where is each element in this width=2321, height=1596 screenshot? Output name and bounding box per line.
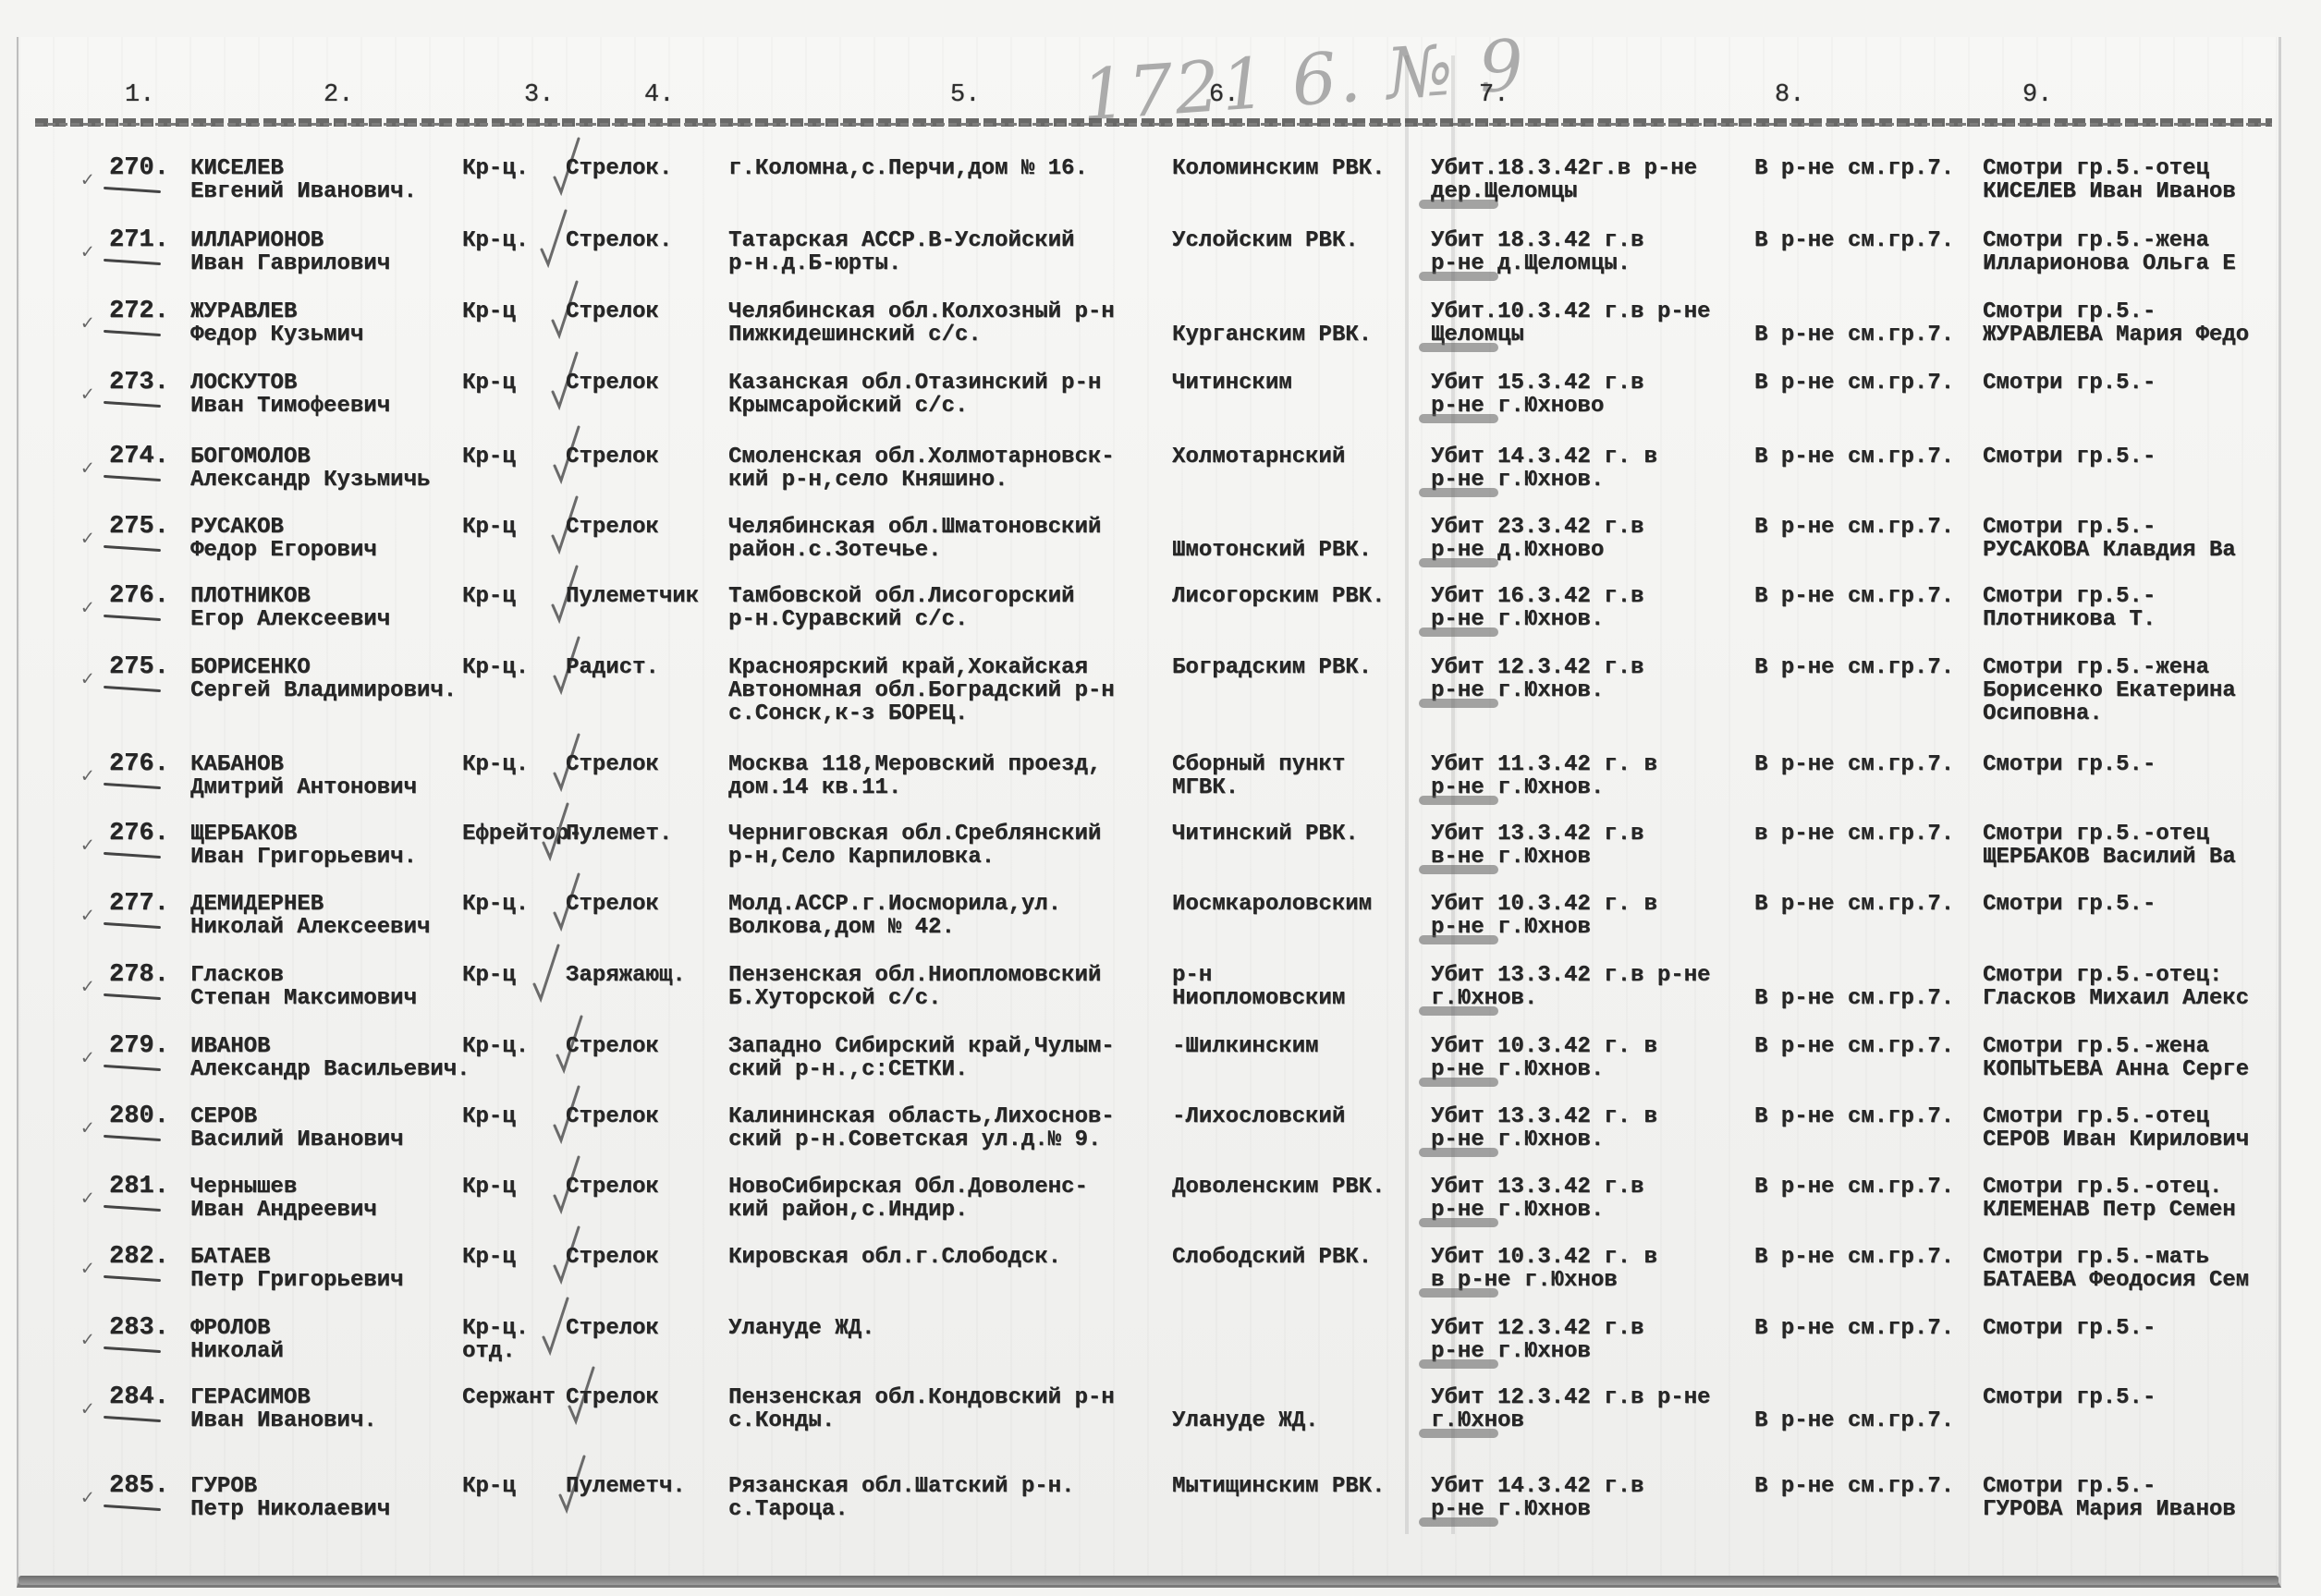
position: Стрелок [566, 445, 659, 469]
full-name: ИВАНОВ Александр Васильевич. [190, 1035, 470, 1081]
full-name: ФРОЛОВ Николай [190, 1317, 284, 1363]
draft-office: -Лихословский [1172, 1105, 1345, 1128]
home-address: Рязанская обл.Шатский р-н. с.Тароца. [728, 1475, 1074, 1521]
underline-mark [104, 615, 161, 621]
draft-office: Доволенским РВК. [1172, 1176, 1385, 1199]
position: Стрелок. [566, 157, 672, 180]
table-row: ✓ 276. КАБАНОВ Дмитрий Антонович Кр-ц. С… [0, 753, 2321, 822]
rank: Кр-ц. [462, 229, 529, 252]
position: Стрелок [566, 1246, 659, 1269]
burial-place: В р-не см.гр.7. [1754, 656, 1954, 679]
burial-place: В р-не см.гр.7. [1754, 157, 1954, 180]
death-record: Убит 11.3.42 г. в р-не г.Юхнов. [1431, 753, 1657, 799]
next-of-kin: Смотри гр.5.- [1983, 445, 2156, 469]
full-name: ЛОСКУТОВ Иван Тимофеевич [190, 372, 390, 418]
record-number: 276. [109, 753, 169, 776]
death-record: Убит 14.3.42 г.в р-не г.Юхнов [1431, 1475, 1643, 1521]
underline-mark [104, 545, 161, 552]
table-row: ✓ 280. СЕРОВ Василий Иванович Кр-ц Стрел… [0, 1105, 2321, 1174]
underline-mark [104, 1205, 161, 1212]
home-address: НовоСибирская Обл.Доволенс- кий район,с.… [728, 1176, 1088, 1222]
position: Стрелок [566, 1386, 659, 1409]
position: Радист. [566, 656, 659, 679]
death-record: Убит 18.3.42 г.в р-не д.Щеломцы. [1431, 229, 1643, 275]
rank: Кр-ц. [462, 1035, 529, 1058]
rank: Кр-ц [462, 1105, 516, 1128]
pencil-checkmark-icon [540, 209, 568, 268]
underline-mark [104, 475, 161, 481]
full-name: БАТАЕВ Петр Григорьевич [190, 1246, 403, 1292]
full-name: ЩЕРБАКОВ Иван Григорьевич. [190, 822, 417, 869]
pencil-underline [1419, 1006, 1498, 1016]
death-record: Убит 10.3.42 г. в в р-не г.Юхнов [1431, 1246, 1657, 1292]
checkmark-margin-icon: ✓ [81, 1116, 93, 1140]
pencil-underline [1419, 865, 1498, 874]
death-record: Убит.10.3.42 г.в р-не Щеломцы [1431, 300, 1710, 347]
home-address: Калининская область,Лихоснов- ский р-н.С… [728, 1105, 1115, 1151]
next-of-kin: Смотри гр.5.-мать БАТАЕВА Феодосия Сем [1983, 1246, 2249, 1292]
table-row: ✓ 281. Чернышев Иван Андреевич Кр-ц Стре… [0, 1176, 2321, 1244]
draft-office: Читинский РВК. [1172, 822, 1359, 846]
checkmark-margin-icon: ✓ [81, 1486, 93, 1510]
draft-office: Читинским [1172, 372, 1292, 395]
pencil-underline [1419, 200, 1498, 209]
burial-place: В р-не см.гр.7. [1754, 1386, 1954, 1432]
next-of-kin: Смотри гр.5.- [1983, 1386, 2156, 1409]
checkmark-margin-icon: ✓ [81, 383, 93, 407]
pencil-checkmark-icon [532, 944, 560, 1003]
burial-place: В р-не см.гр.7. [1754, 300, 1954, 347]
rank: Кр-ц [462, 585, 516, 608]
next-of-kin: Смотри гр.5.-отец КИСЕЛЕВ Иван Иванов [1983, 157, 2236, 203]
table-row: ✓ 278. Гласков Степан Максимович Кр-ц За… [0, 964, 2321, 1032]
record-number: 273. [109, 372, 169, 395]
full-name: РУСАКОВ Федор Егорович [190, 516, 377, 562]
death-record: Убит 13.3.42 г. в р-не г.Юхнов. [1431, 1105, 1657, 1151]
death-record: Убит 13.3.42 г.в р-не г.Юхнов. [1431, 964, 1710, 1010]
record-number: 275. [109, 656, 169, 679]
burial-place: В р-не см.гр.7. [1754, 753, 1954, 776]
pencil-underline [1419, 1078, 1498, 1087]
rank: Кр-ц [462, 1475, 516, 1498]
next-of-kin: Смотри гр.5.-отец. КЛЕМЕНАВ Петр Семен [1983, 1176, 2236, 1222]
full-name: ГУРОВ Петр Николаевич [190, 1475, 390, 1521]
home-address: Пензенская обл.Ниопломовский Б.Хуторской… [728, 964, 1101, 1010]
checkmark-margin-icon: ✓ [81, 168, 93, 192]
full-name: БОГОМОЛОВ Александр Кузьмичь [190, 445, 430, 492]
draft-office: Услойским РВК. [1172, 229, 1359, 252]
underline-mark [104, 259, 161, 265]
pencil-underline [1419, 1288, 1498, 1298]
checkmark-margin-icon: ✓ [81, 834, 93, 858]
position: Стрелок [566, 516, 659, 539]
burial-place: В р-не см.гр.7. [1754, 964, 1954, 1010]
home-address: Западно Сибирский край,Чулым- ский р-н.,… [728, 1035, 1115, 1081]
burial-place: В р-не см.гр.7. [1754, 1105, 1954, 1128]
checkmark-margin-icon: ✓ [81, 457, 93, 481]
draft-office: -Шилкинским [1172, 1035, 1318, 1058]
next-of-kin: Смотри гр.5.-отец: Гласков Михаил Алекс [1983, 964, 2249, 1010]
rank: Кр-ц [462, 964, 516, 987]
death-record: Убит 12.3.42 г.в р-не г.Юхнов [1431, 1317, 1643, 1363]
death-record: Убит 13.3.42 г.в в-не г.Юхнов [1431, 822, 1643, 869]
underline-mark [104, 330, 161, 336]
full-name: КИСЕЛЕВ Евгений Иванович. [190, 157, 417, 203]
position: Стрелок [566, 893, 659, 916]
burial-place: В р-не см.гр.7. [1754, 1176, 1954, 1199]
record-number: 278. [109, 964, 169, 987]
burial-place: В р-не см.гр.7. [1754, 585, 1954, 608]
home-address: Тамбовской обл.Лисогорский р-н.Суравский… [728, 585, 1074, 631]
record-number: 282. [109, 1246, 169, 1269]
table-row: ✓ 277. ДЕМИДЕРНЕВ Николай Алексеевич Кр-… [0, 893, 2321, 961]
record-number: 276. [109, 585, 169, 608]
full-name: ГЕРАСИМОВ Иван Иванович. [190, 1386, 377, 1432]
home-address: Пензенская обл.Кондовский р-н с.Конды. [728, 1386, 1115, 1432]
next-of-kin: Смотри гр.5.-жена Илларионова Ольга Е [1983, 229, 2236, 275]
home-address: Улануде ЖД. [728, 1317, 874, 1340]
checkmark-margin-icon: ✓ [81, 1046, 93, 1070]
underline-mark [104, 1135, 161, 1141]
draft-office: Лисогорским РВК. [1172, 585, 1385, 608]
checkmark-margin-icon: ✓ [81, 527, 93, 551]
checkmark-margin-icon: ✓ [81, 904, 93, 928]
death-record: Убит 13.3.42 г.в р-не г.Юхнов. [1431, 1176, 1643, 1222]
home-address: Челябинская обл.Колхозный р-н Пижкидешин… [728, 300, 1115, 347]
full-name: Чернышев Иван Андреевич [190, 1176, 377, 1222]
death-record: Убит 23.3.42 г.в р-не д.Юхново [1431, 516, 1643, 562]
underline-mark [104, 1346, 161, 1353]
underline-mark [104, 401, 161, 408]
underline-mark [104, 686, 161, 692]
position: Стрелок [566, 1105, 659, 1128]
pencil-underline [1419, 1218, 1498, 1227]
table-row: ✓ 283. ФРОЛОВ Николай Кр-ц. отд. Стрелок… [0, 1317, 2321, 1385]
death-record: Убит 10.3.42 г. в р-не г.Юхнов. [1431, 1035, 1657, 1081]
rank: Кр-ц [462, 300, 516, 323]
home-address: Смоленская обл.Холмотарновск- кий р-н,се… [728, 445, 1115, 492]
next-of-kin: Смотри гр.5.- [1983, 1317, 2156, 1340]
position: Стрелок [566, 372, 659, 395]
full-name: ИЛЛАРИОНОВ Иван Гаврилович [190, 229, 390, 275]
checkmark-margin-icon: ✓ [81, 975, 93, 999]
pencil-underline [1419, 627, 1498, 637]
next-of-kin: Смотри гр.5.-отец ЩЕРБАКОВ Василий Ва [1983, 822, 2236, 869]
death-record: Убит 10.3.42 г. в р-не г.Юхнов [1431, 893, 1657, 939]
draft-office: Коломинским РВК. [1172, 157, 1385, 180]
checkmark-margin-icon: ✓ [81, 596, 93, 620]
underline-mark [104, 993, 161, 1000]
pencil-underline [1419, 1148, 1498, 1157]
underline-mark [104, 187, 161, 193]
burial-place: В р-не см.гр.7. [1754, 229, 1954, 252]
rank: Кр-ц [462, 445, 516, 469]
rank: Кр-ц. [462, 656, 529, 679]
rank: Кр-ц [462, 516, 516, 539]
pencil-underline [1419, 935, 1498, 944]
checkmark-margin-icon: ✓ [81, 667, 93, 691]
home-address: Челябинская обл.Шматоновский район.с.Зот… [728, 516, 1101, 562]
pencil-underline [1419, 1359, 1498, 1369]
death-record: Убит.18.3.42г.в р-не дер.Щеломцы [1431, 157, 1697, 203]
record-number: 279. [109, 1035, 169, 1058]
burial-place: в р-не см.гр.7. [1754, 822, 1954, 846]
death-record: Убит 12.3.42 г.в р-не г.Юхнов [1431, 1386, 1710, 1432]
position: Стрелок. [566, 229, 672, 252]
table-row: ✓ 274. БОГОМОЛОВ Александр Кузьмичь Кр-ц… [0, 445, 2321, 514]
position: Заряжающ. [566, 964, 686, 987]
table-row: ✓ 275. БОРИСЕНКО Сергей Владимирович. Кр… [0, 656, 2321, 725]
table-row: ✓ 276. ПЛОТНИКОВ Егор Алексеевич Кр-ц Пу… [0, 585, 2321, 653]
draft-office: Мытищинским РВК. [1172, 1475, 1385, 1498]
record-number: 274. [109, 445, 169, 469]
rank: Кр-ц. [462, 893, 529, 916]
death-record: Убит 16.3.42 г.в р-не г.Юхнов. [1431, 585, 1643, 631]
table-row: ✓ 285. ГУРОВ Петр Николаевич Кр-ц Пулеме… [0, 1475, 2321, 1543]
record-number: 275. [109, 516, 169, 539]
death-record: Убит 14.3.42 г. в р-не г.Юхнов. [1431, 445, 1657, 492]
record-number: 283. [109, 1317, 169, 1340]
burial-place: В р-не см.гр.7. [1754, 893, 1954, 916]
next-of-kin: Смотри гр.5.- Плотникова Т. [1983, 585, 2156, 631]
full-name: СЕРОВ Василий Иванович [190, 1105, 403, 1151]
rank: Кр-ц. отд. [462, 1317, 529, 1363]
record-number: 281. [109, 1176, 169, 1199]
table-row: ✓ 282. БАТАЕВ Петр Григорьевич Кр-ц Стре… [0, 1246, 2321, 1314]
record-number: 277. [109, 893, 169, 916]
burial-place: В р-не см.гр.7. [1754, 445, 1954, 469]
home-address: Молд.АССР.г.Иосморила,ул. Волкова,дом № … [728, 893, 1061, 939]
records-table: ✓ 270. КИСЕЛЕВ Евгений Иванович. Кр-ц. С… [0, 0, 2321, 1596]
checkmark-margin-icon: ✓ [81, 1328, 93, 1352]
home-address: Казанская обл.Отазинский р-н Крымсаройск… [728, 372, 1101, 418]
pencil-underline [1419, 796, 1498, 805]
pencil-underline [1419, 488, 1498, 497]
burial-place: В р-не см.гр.7. [1754, 516, 1954, 539]
full-name: Гласков Степан Максимович [190, 964, 417, 1010]
draft-office: Шмотонский РВК. [1172, 516, 1372, 562]
position: Пулеметчик [566, 585, 699, 608]
next-of-kin: Смотри гр.5.- [1983, 372, 2156, 395]
full-name: ПЛОТНИКОВ Егор Алексеевич [190, 585, 390, 631]
burial-place: В р-не см.гр.7. [1754, 1035, 1954, 1058]
torn-bottom-edge [18, 1576, 2278, 1585]
draft-office: Холмотарнский [1172, 445, 1345, 469]
checkmark-margin-icon: ✓ [81, 764, 93, 788]
draft-office: Улануде ЖД. [1172, 1386, 1318, 1432]
rank: Кр-ц. [462, 753, 529, 776]
table-row: ✓ 272. ЖУРАВЛЕВ Федор Кузьмич Кр-ц Стрел… [0, 300, 2321, 369]
home-address: Красноярский край,Хокайская Автономная о… [728, 656, 1115, 725]
pencil-underline [1419, 1429, 1498, 1438]
rank: Кр-ц [462, 1176, 516, 1199]
checkmark-margin-icon: ✓ [81, 1187, 93, 1211]
table-row: ✓ 275. РУСАКОВ Федор Егорович Кр-ц Стрел… [0, 516, 2321, 584]
pencil-underline [1419, 343, 1498, 352]
table-row: ✓ 273. ЛОСКУТОВ Иван Тимофеевич Кр-ц Стр… [0, 372, 2321, 440]
record-number: 271. [109, 229, 169, 252]
full-name: ЖУРАВЛЕВ Федор Кузьмич [190, 300, 363, 347]
burial-place: В р-не см.гр.7. [1754, 1246, 1954, 1269]
next-of-kin: Смотри гр.5.-жена Борисенко Екатерина Ос… [1983, 656, 2236, 725]
death-record: Убит 15.3.42 г.в р-не г.Юхново [1431, 372, 1643, 418]
table-row: ✓ 284. ГЕРАСИМОВ Иван Иванович. Сержант … [0, 1386, 2321, 1455]
burial-place: В р-не см.гр.7. [1754, 1475, 1954, 1498]
full-name: КАБАНОВ Дмитрий Антонович [190, 753, 417, 799]
home-address: Черниговская обл.Среблянский р-н,Село Ка… [728, 822, 1101, 869]
position: Стрелок [566, 753, 659, 776]
underline-mark [104, 1416, 161, 1422]
table-row: ✓ 270. КИСЕЛЕВ Евгений Иванович. Кр-ц. С… [0, 157, 2321, 225]
next-of-kin: Смотри гр.5.- [1983, 893, 2156, 916]
record-number: 280. [109, 1105, 169, 1128]
position: Стрелок [566, 1035, 659, 1058]
record-number: 276. [109, 822, 169, 846]
underline-mark [104, 1505, 161, 1511]
pencil-underline [1419, 414, 1498, 423]
position: Стрелок [566, 1317, 659, 1340]
record-number: 270. [109, 157, 169, 180]
position: Стрелок [566, 1176, 659, 1199]
position: Пулемет. [566, 822, 672, 846]
draft-office: Курганским РВК. [1172, 300, 1372, 347]
pencil-underline [1419, 699, 1498, 708]
burial-place: В р-не см.гр.7. [1754, 372, 1954, 395]
death-record: Убит 12.3.42 г.в р-не г.Юхнов. [1431, 656, 1643, 702]
next-of-kin: Смотри гр.5.-жена КОПЫТЬЕВА Анна Серге [1983, 1035, 2249, 1081]
rank: Кр-ц [462, 1246, 516, 1269]
full-name: ДЕМИДЕРНЕВ Николай Алексеевич [190, 893, 430, 939]
position: Пулеметч. [566, 1475, 686, 1498]
home-address: г.Коломна,с.Перчи,дом № 16. [728, 157, 1088, 180]
checkmark-margin-icon: ✓ [81, 1257, 93, 1281]
underline-mark [104, 783, 161, 789]
next-of-kin: Смотри гр.5.- РУСАКОВА Клавдия Ва [1983, 516, 2236, 562]
table-row: ✓ 276. ЩЕРБАКОВ Иван Григорьевич. Ефрейт… [0, 822, 2321, 891]
record-number: 272. [109, 300, 169, 323]
underline-mark [104, 922, 161, 929]
home-address: Москва 118,Меровский проезд, дом.14 кв.1… [728, 753, 1101, 799]
draft-office: Иосмкароловским [1172, 893, 1372, 916]
underline-mark [104, 1065, 161, 1071]
checkmark-margin-icon: ✓ [81, 311, 93, 335]
home-address: Татарская АССР.В-Услойский р-н.д.Б-юрты. [728, 229, 1074, 275]
draft-office: Слободский РВК. [1172, 1246, 1372, 1269]
full-name: БОРИСЕНКО Сергей Владимирович. [190, 656, 457, 702]
next-of-kin: Смотри гр.5.- [1983, 753, 2156, 776]
checkmark-margin-icon: ✓ [81, 1397, 93, 1421]
table-row: ✓ 279. ИВАНОВ Александр Васильевич. Кр-ц… [0, 1035, 2321, 1103]
record-number: 285. [109, 1475, 169, 1498]
table-row: ✓ 271. ИЛЛАРИОНОВ Иван Гаврилович Кр-ц. … [0, 229, 2321, 298]
next-of-kin: Смотри гр.5.- ЖУРАВЛЕВА Мария Федо [1983, 300, 2249, 347]
record-number: 284. [109, 1386, 169, 1409]
underline-mark [104, 1275, 161, 1282]
burial-place: В р-не см.гр.7. [1754, 1317, 1954, 1340]
home-address: Кировская обл.г.Слободск. [728, 1246, 1061, 1269]
underline-mark [104, 852, 161, 859]
pencil-underline [1419, 558, 1498, 567]
rank: Кр-ц [462, 372, 516, 395]
next-of-kin: Смотри гр.5.- ГУРОВА Мария Иванов [1983, 1475, 2236, 1521]
draft-office: Сборный пункт МГВК. [1172, 753, 1345, 799]
next-of-kin: Смотри гр.5.-отец СЕРОВ Иван Кирилович [1983, 1105, 2249, 1151]
rank: Сержант [462, 1386, 556, 1409]
draft-office: Боградским РВК. [1172, 656, 1372, 679]
checkmark-margin-icon: ✓ [81, 240, 93, 264]
draft-office: р-н Ниопломовским [1172, 964, 1345, 1010]
position: Стрелок [566, 300, 659, 323]
pencil-underline [1419, 1517, 1498, 1527]
rank: Кр-ц. [462, 157, 529, 180]
pencil-underline [1419, 272, 1498, 281]
